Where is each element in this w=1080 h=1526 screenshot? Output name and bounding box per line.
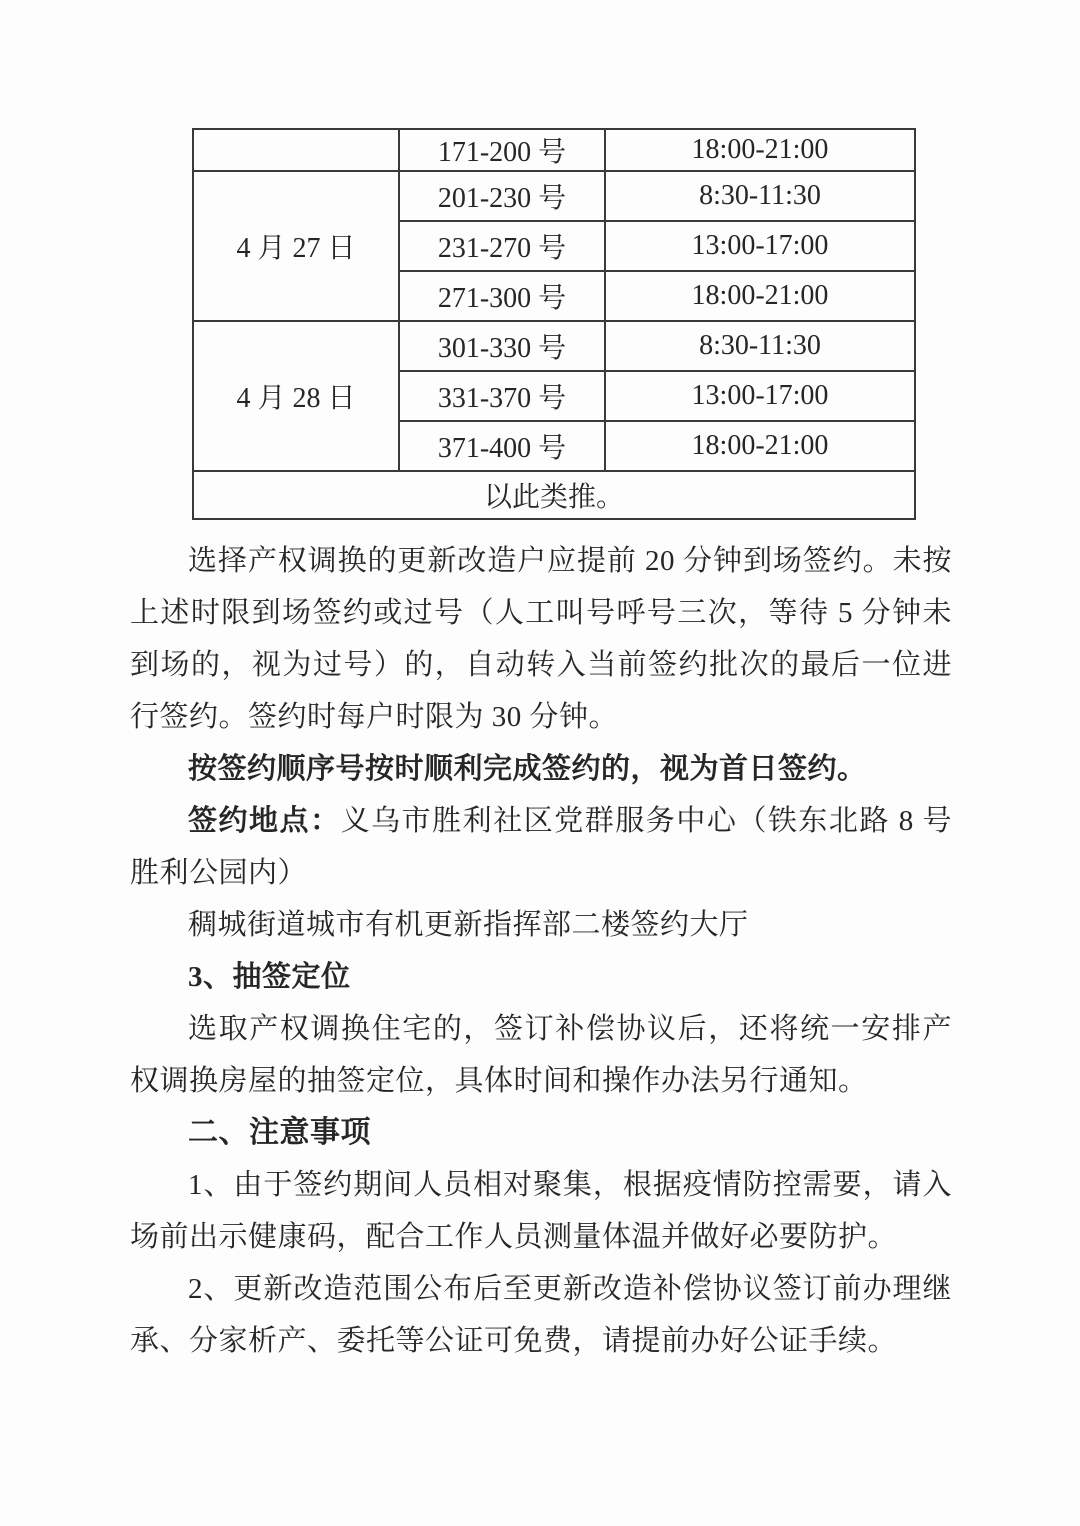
table-cell-range: 271-300 号 xyxy=(399,271,605,321)
table-cell-time: 13:00-17:00 xyxy=(605,221,915,271)
paragraph-line: 承、分家析产、委托等公证可免费，请提前办好公证手续。 xyxy=(130,1315,952,1367)
table-cell-range: 371-400 号 xyxy=(399,421,605,471)
table-cell-time: 13:00-17:00 xyxy=(605,371,915,421)
paragraph-line-signing-hall: 稠城街道城市有机更新指挥部二楼签约大厅 xyxy=(130,899,952,951)
paragraph-line: 选取产权调换住宅的，签订补偿协议后，还将统一安排产 xyxy=(130,1003,952,1055)
table-row: 以此类推。 xyxy=(193,471,915,519)
table-cell-time: 8:30-11:30 xyxy=(605,321,915,371)
signing-schedule-table: 171-200 号 18:00-21:00 4 月 27 日 201-230 号… xyxy=(192,128,916,520)
table-cell-range: 301-330 号 xyxy=(399,321,605,371)
paragraph-line: 行签约。签约时每户时限为 30 分钟。 xyxy=(130,691,952,743)
paragraph-line-signing-location: 签约地点：义乌市胜利社区党群服务中心（铁东北路 8 号 xyxy=(130,795,952,847)
paragraph-line: 1、由于签约期间人员相对聚集，根据疫情防控需要，请入 xyxy=(130,1159,952,1211)
table-cell-date-apr28: 4 月 28 日 xyxy=(193,321,399,471)
paragraph-line: 到场的，视为过号）的，自动转入当前签约批次的最后一位进 xyxy=(130,639,952,691)
table-row: 4 月 27 日 201-230 号 8:30-11:30 xyxy=(193,171,915,221)
signing-location-label: 签约地点： xyxy=(188,805,341,837)
heading-lottery-positioning: 3、抽签定位 xyxy=(130,951,952,1003)
paragraph-line: 权调换房屋的抽签定位，具体时间和操作办法另行通知。 xyxy=(130,1055,952,1107)
signing-location-text: 义乌市胜利社区党群服务中心（铁东北路 8 号 xyxy=(341,805,952,837)
document-page: 171-200 号 18:00-21:00 4 月 27 日 201-230 号… xyxy=(0,0,1080,1526)
document-body: 选择产权调换的更新改造户应提前 20 分钟到场签约。未按 上述时限到场签约或过号… xyxy=(130,535,952,1367)
table-cell-range: 231-270 号 xyxy=(399,221,605,271)
table-cell-time: 18:00-21:00 xyxy=(605,271,915,321)
paragraph-line: 上述时限到场签约或过号（人工叫号呼号三次，等待 5 分钟未 xyxy=(130,587,952,639)
table-cell-time: 18:00-21:00 xyxy=(605,129,915,171)
bold-statement-first-day-signing: 按签约顺序号按时顺利完成签约的，视为首日签约。 xyxy=(130,743,952,795)
table-cell-date-empty xyxy=(193,129,399,171)
heading-notes-section: 二、注意事项 xyxy=(130,1107,952,1159)
table-cell-date-apr27: 4 月 27 日 xyxy=(193,171,399,321)
paragraph-line: 2、更新改造范围公布后至更新改造补偿协议签订前办理继 xyxy=(130,1263,952,1315)
table-cell-range: 331-370 号 xyxy=(399,371,605,421)
table-row: 171-200 号 18:00-21:00 xyxy=(193,129,915,171)
table-cell-time: 8:30-11:30 xyxy=(605,171,915,221)
table-cell-time: 18:00-21:00 xyxy=(605,421,915,471)
paragraph-line: 胜利公园内） xyxy=(130,847,952,899)
table-cell-range: 201-230 号 xyxy=(399,171,605,221)
table-row: 4 月 28 日 301-330 号 8:30-11:30 xyxy=(193,321,915,371)
paragraph-line: 选择产权调换的更新改造户应提前 20 分钟到场签约。未按 xyxy=(130,535,952,587)
table-footer-note: 以此类推。 xyxy=(193,471,915,519)
paragraph-line: 场前出示健康码，配合工作人员测量体温并做好必要防护。 xyxy=(130,1211,952,1263)
table-cell-range: 171-200 号 xyxy=(399,129,605,171)
